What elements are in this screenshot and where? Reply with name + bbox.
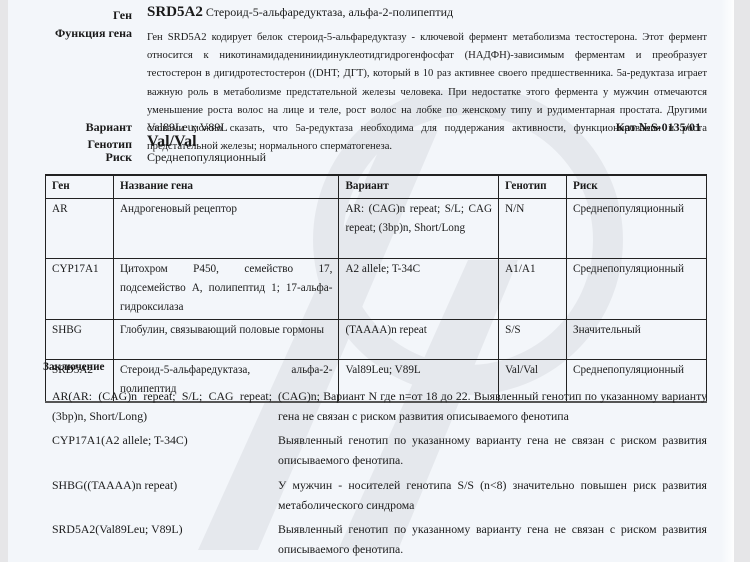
results-table: Ген Название гена Вариант Генотип Риск A… [45,174,707,403]
gene-title: SRD5A2 Стероид-5-альфаредуктаза, альфа-2… [147,4,453,21]
cell-risk: Значительный [567,320,707,360]
cell-risk: Среднепопуляционный [567,259,707,320]
table-header-row: Ген Название гена Вариант Генотип Риск [46,175,707,199]
table-row: AR Андрогеновый рецептор AR: (CAG)n repe… [46,199,707,259]
function-label: Функция гена [8,26,132,41]
risk-value: Среднепопуляционный [147,150,266,165]
conclusion-key: AR(AR: (CAG)n repeat; S/L; CAG repeat; (… [52,386,272,426]
conclusion-key: CYP17A1(A2 allele; T-34C) [52,430,272,450]
gene-full-name: Стероид-5-альфаредуктаза, альфа-2-полипе… [206,5,453,19]
col-gene-name: Название гена [113,175,338,199]
table-row: SHBG Глобулин, связывающий половые гормо… [46,320,707,360]
variant-label: Вариант [8,120,132,135]
report-page: Ген SRD5A2 Стероид-5-альфаредуктаза, аль… [8,0,734,562]
cell-gene: AR [46,199,114,259]
cell-gene-name: Андрогеновый рецептор [113,199,338,259]
cell-gene: SHBG [46,320,114,360]
col-genotype: Генотип [499,175,567,199]
conclusion-text: Выявленный генотип по указанному вариант… [278,519,707,559]
conclusion-key: SRD5A2(Val89Leu; V89L) [52,519,272,539]
cell-variant: (TAAAA)n repeat [339,320,499,360]
conclusion-title: Заключение [43,361,104,373]
cell-genotype: S/S [499,320,567,360]
col-variant: Вариант [339,175,499,199]
table-row: CYP17A1 Цитохром P450, семейство 17, под… [46,259,707,320]
conclusion-text: Выявленный генотип по указанному вариант… [278,430,707,470]
cell-gene: CYP17A1 [46,259,114,320]
conclusion-text: У мужчин - носителей генотипа S/S (n<8) … [278,475,707,515]
cell-gene-name: Глобулин, связывающий половые гормоны [113,320,338,360]
col-gene: Ген [46,175,114,199]
col-risk: Риск [567,175,707,199]
cell-genotype: N/N [499,199,567,259]
gene-name: SRD5A2 [147,4,203,20]
conclusion-key: SHBG((TAAAA)n repeat) [52,475,272,495]
function-text: Ген SRD5A2 кодирует белок стероид-5-альф… [147,29,707,156]
conclusion-text: (CAG)n; Вариант N где n=от 18 до 22. Выя… [278,386,707,426]
genotype-value: Val/Val [147,133,197,151]
cell-variant: A2 allele; T-34C [339,259,499,320]
cell-gene-name: Цитохром P450, семейство 17, подсемейств… [113,259,338,320]
cell-genotype: A1/A1 [499,259,567,320]
cell-variant: AR: (CAG)n repeat; S/L; CAG repeat; (3bp… [339,199,499,259]
risk-label: Риск [8,150,132,165]
cell-risk: Среднепопуляционный [567,199,707,259]
catalog-number: Кат №S-0135/01 [616,120,701,135]
gene-label: Ген [8,8,132,23]
